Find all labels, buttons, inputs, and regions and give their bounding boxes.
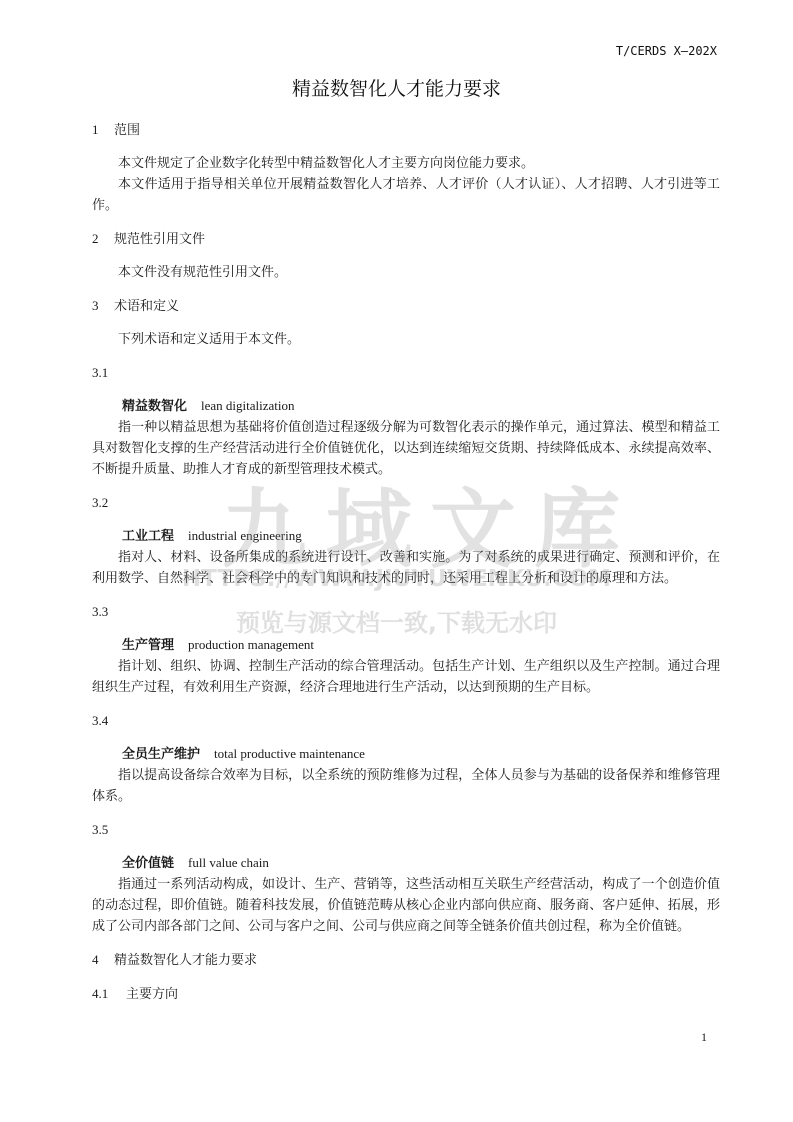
- term-number: 3.2: [92, 492, 720, 513]
- section-heading-scope: 1范围: [92, 119, 720, 141]
- term-zh: 全价值链: [122, 856, 174, 871]
- paragraph: 本文件适用于指导相关单位开展精益数智化人才培养、人才评价（人才认证）、人才招聘、…: [92, 174, 720, 216]
- term-heading: 全价值链full value chain: [92, 852, 720, 874]
- section-number: 3: [92, 295, 114, 316]
- term-definition: 指计划、组织、协调、控制生产活动的综合管理活动。包括生产计划、生产组织以及生产控…: [92, 656, 720, 698]
- section-heading-requirements: 4精益数智化人才能力要求: [92, 949, 720, 971]
- term-definition: 指以提高设备综合效率为目标，以全系统的预防维修为过程，全体人员参与为基础的设备保…: [92, 765, 720, 807]
- term-heading: 全员生产维护total productive maintenance: [92, 743, 720, 765]
- term-number: 3.3: [92, 601, 720, 622]
- section-title: 精益数智化人才能力要求: [114, 953, 257, 968]
- paragraph: 本文件没有规范性引用文件。: [92, 262, 720, 283]
- page-number: 1: [701, 1030, 707, 1045]
- term-en: production management: [188, 637, 314, 652]
- subsection-number: 4.1: [92, 983, 126, 1004]
- document-title: 精益数智化人才能力要求: [0, 74, 793, 101]
- term-en: industrial engineering: [188, 528, 302, 543]
- term-definition: 指通过一系列活动构成，如设计、生产、营销等，这些活动相互关联生产经营活动，构成了…: [92, 874, 720, 937]
- term-en: lean digitalization: [201, 398, 295, 413]
- document-body: 1范围 本文件规定了企业数字化转型中精益数智化人才主要方向岗位能力要求。 本文件…: [92, 119, 720, 1005]
- term-definition: 指对人、材料、设备所集成的系统进行设计、改善和实施。为了对系统的成果进行确定、预…: [92, 547, 720, 589]
- section-title: 规范性引用文件: [114, 232, 205, 247]
- term-definition: 指一种以精益思想为基础将价值创造过程逐级分解为可数智化表示的操作单元，通过算法、…: [92, 417, 720, 480]
- section-number: 1: [92, 119, 114, 140]
- term-zh: 精益数智化: [122, 399, 187, 414]
- paragraph: 下列术语和定义适用于本文件。: [92, 329, 720, 350]
- term-heading: 生产管理production management: [92, 634, 720, 656]
- term-zh: 生产管理: [122, 638, 174, 653]
- paragraph: 本文件规定了企业数字化转型中精益数智化人才主要方向岗位能力要求。: [92, 153, 720, 174]
- subsection-title: 主要方向: [126, 987, 178, 1002]
- term-number: 3.5: [92, 819, 720, 840]
- document-page: T/CERDS X—202X 精益数智化人才能力要求 1范围 本文件规定了企业数…: [0, 0, 793, 1122]
- section-heading-terms: 3术语和定义: [92, 295, 720, 317]
- term-heading: 工业工程industrial engineering: [92, 525, 720, 547]
- section-title: 术语和定义: [114, 299, 179, 314]
- term-number: 3.1: [92, 362, 720, 383]
- term-en: total productive maintenance: [214, 746, 365, 761]
- subsection-heading-main-directions: 4.1主要方向: [92, 983, 720, 1005]
- section-heading-normative-references: 2规范性引用文件: [92, 228, 720, 250]
- term-heading: 精益数智化lean digitalization: [92, 395, 720, 417]
- section-number: 2: [92, 228, 114, 249]
- section-title: 范围: [114, 123, 140, 138]
- document-code: T/CERDS X—202X: [616, 44, 717, 58]
- term-en: full value chain: [188, 855, 269, 870]
- section-number: 4: [92, 949, 114, 970]
- term-zh: 全员生产维护: [122, 747, 200, 762]
- term-zh: 工业工程: [122, 529, 174, 544]
- term-number: 3.4: [92, 710, 720, 731]
